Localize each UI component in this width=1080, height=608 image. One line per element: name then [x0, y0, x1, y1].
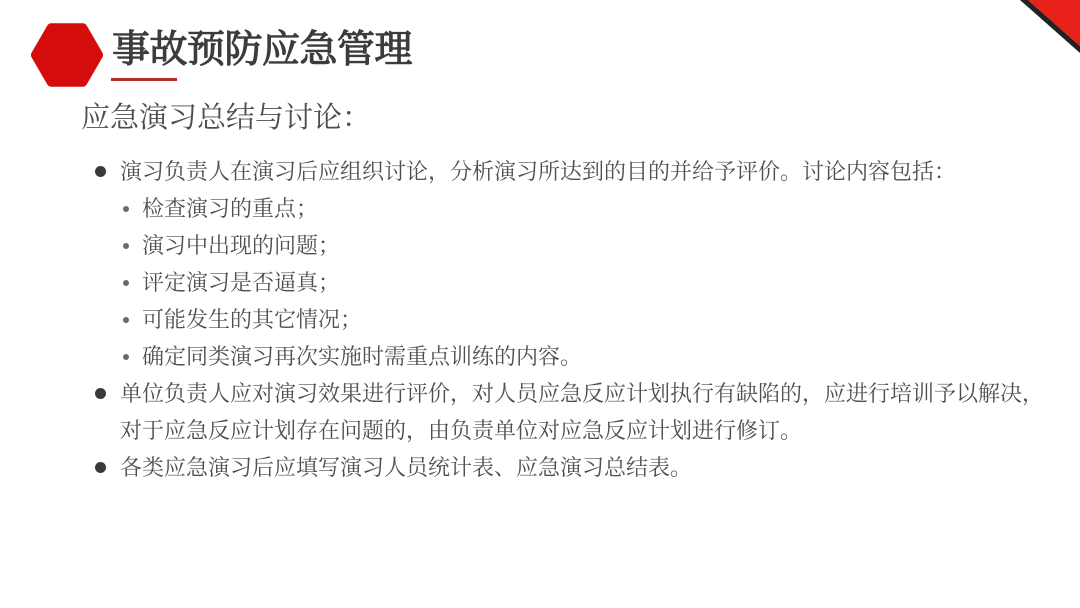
bullet-dot-icon: [95, 462, 106, 473]
bullet-dot-icon: [95, 388, 106, 399]
sub-bullet-dot-icon: [123, 354, 129, 360]
sub-bullet-item: 可能发生的其它情况；: [0, 301, 1070, 338]
bullet-list: 演习负责人在演习后应组织讨论，分析演习所达到的目的并给予评价。讨论内容包括：检查…: [0, 153, 1070, 486]
corner-ribbon-icon: [1020, 0, 1080, 53]
bullet-item: 单位负责人应对演习效果进行评价，对人员应急反应计划执行有缺陷的，应进行培训予以解…: [0, 375, 1070, 449]
bullet-item: 各类应急演习后应填写演习人员统计表、应急演习总结表。: [0, 449, 1070, 486]
slide: 事故预防应急管理 应急演习总结与讨论： 演习负责人在演习后应组织讨论，分析演习所…: [0, 0, 1080, 608]
bullet-text: 确定同类演习再次实施时需重点训练的内容。: [142, 338, 582, 375]
bullet-dot-icon: [95, 166, 106, 177]
bullet-text: 检查演习的重点；: [142, 190, 318, 227]
bullet-text: 演习中出现的问题；: [142, 227, 340, 264]
sub-bullet-dot-icon: [123, 243, 129, 249]
page-title: 事故预防应急管理: [112, 27, 412, 73]
sub-bullet-dot-icon: [123, 280, 129, 286]
hexagon-icon: [30, 23, 104, 87]
sub-bullet-item: 评定演习是否逼真；: [0, 264, 1070, 301]
sub-bullet-item: 检查演习的重点；: [0, 190, 1070, 227]
sub-bullet-dot-icon: [123, 317, 129, 323]
bullet-text: 评定演习是否逼真；: [142, 264, 340, 301]
slide-subtitle: 应急演习总结与讨论：: [81, 99, 371, 137]
sub-bullet-item: 确定同类演习再次实施时需重点训练的内容。: [0, 338, 1070, 375]
title-underline: [111, 78, 177, 81]
bullet-item: 演习负责人在演习后应组织讨论，分析演习所达到的目的并给予评价。讨论内容包括：: [0, 153, 1070, 190]
sub-bullet-item: 演习中出现的问题；: [0, 227, 1070, 264]
bullet-text: 演习负责人在演习后应组织讨论，分析演习所达到的目的并给予评价。讨论内容包括：: [120, 153, 956, 190]
bullet-text: 单位负责人应对演习效果进行评价，对人员应急反应计划执行有缺陷的，应进行培训予以解…: [120, 375, 1055, 449]
bullet-text: 可能发生的其它情况；: [142, 301, 362, 338]
bullet-text: 各类应急演习后应填写演习人员统计表、应急演习总结表。: [120, 449, 692, 486]
sub-bullet-dot-icon: [123, 206, 129, 212]
